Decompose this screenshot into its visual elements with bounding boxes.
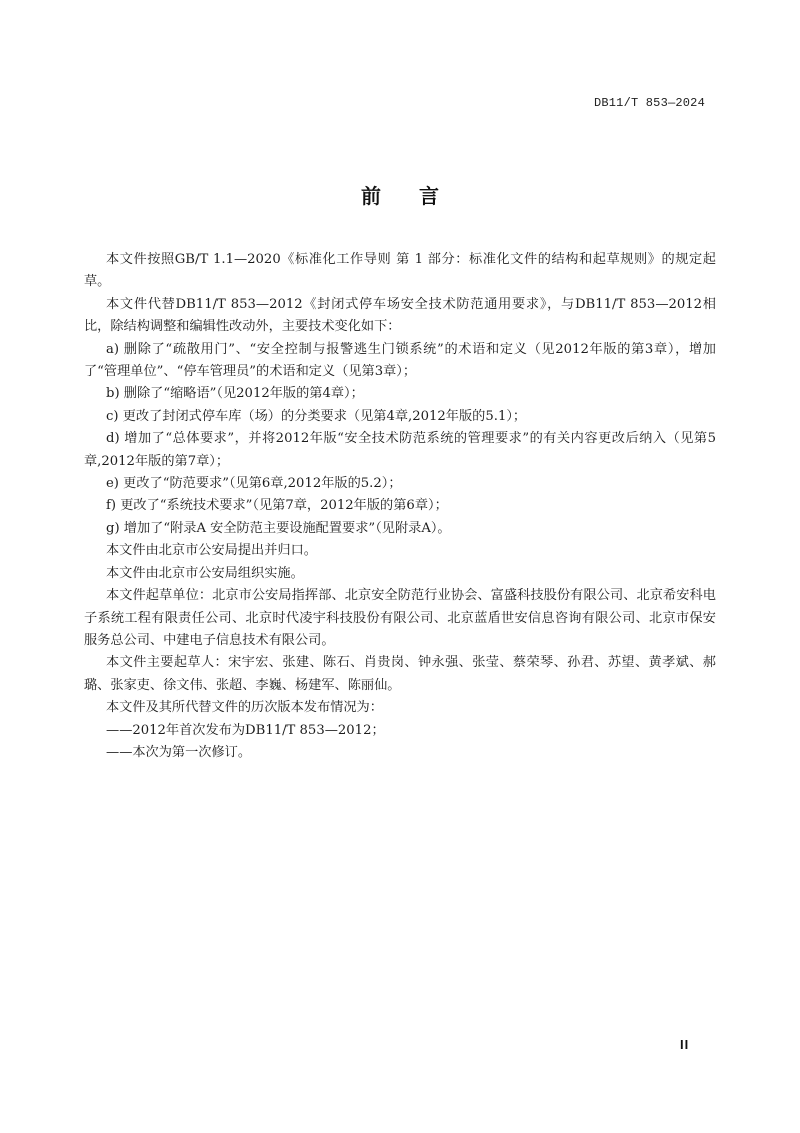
change-item-e: e) 更改了“防范要求”（见第6章,2012年版的5.2）； — [84, 473, 716, 495]
page-number: II — [680, 1037, 689, 1052]
paragraph-implemented-by: 本文件由北京市公安局组织实施。 — [84, 563, 716, 585]
change-item-d: d) 增加了“总体要求”，并将2012年版“安全技术防范系统的管理要求”的有关内… — [84, 428, 716, 473]
paragraph-proposed-by: 本文件由北京市公安局提出并归口。 — [84, 540, 716, 562]
title-char-1: 前 — [361, 184, 381, 208]
change-item-a: a) 删除了“疏散用门”、“安全控制与报警逃生门锁系统”的术语和定义（见2012… — [84, 339, 716, 384]
version-history-item-1: ——2012年首次发布为DB11/T 853—2012； — [84, 720, 716, 742]
change-item-c: c) 更改了封闭式停车库（场）的分类要求（见第4章,2012年版的5.1）； — [84, 406, 716, 428]
paragraph-version-history-intro: 本文件及其所代替文件的历次版本发布情况为： — [84, 697, 716, 719]
title-char-2: 言 — [419, 184, 439, 208]
page-title: 前言 — [0, 180, 800, 209]
paragraph-replacement-statement: 本文件代替DB11/T 853—2012《封闭式停车场安全技术防范通用要求》，与… — [84, 294, 716, 339]
paragraph-drafters: 本文件主要起草人：宋宇宏、张建、陈石、肖贵岗、钟永强、张莹、蔡荣琴、孙君、苏望、… — [84, 652, 716, 697]
change-item-g: g) 增加了“附录A 安全防范主要设施配置要求”（见附录A）。 — [84, 518, 716, 540]
standard-code-header: DB11/T 853—2024 — [594, 96, 705, 110]
change-item-b: b) 删除了“缩略语”（见2012年版的第4章）； — [84, 383, 716, 405]
change-item-f: f) 更改了“系统技术要求”（见第7章，2012年版的第6章）； — [84, 495, 716, 517]
version-history-item-2: ——本次为第一次修订。 — [84, 742, 716, 764]
paragraph-drafting-units: 本文件起草单位：北京市公安局指挥部、北京安全防范行业协会、富盛科技股份有限公司、… — [84, 585, 716, 652]
foreword-body: 本文件按照GB/T 1.1—2020《标准化工作导则 第 1 部分：标准化文件的… — [84, 249, 716, 764]
paragraph-drafting-basis: 本文件按照GB/T 1.1—2020《标准化工作导则 第 1 部分：标准化文件的… — [84, 249, 716, 294]
